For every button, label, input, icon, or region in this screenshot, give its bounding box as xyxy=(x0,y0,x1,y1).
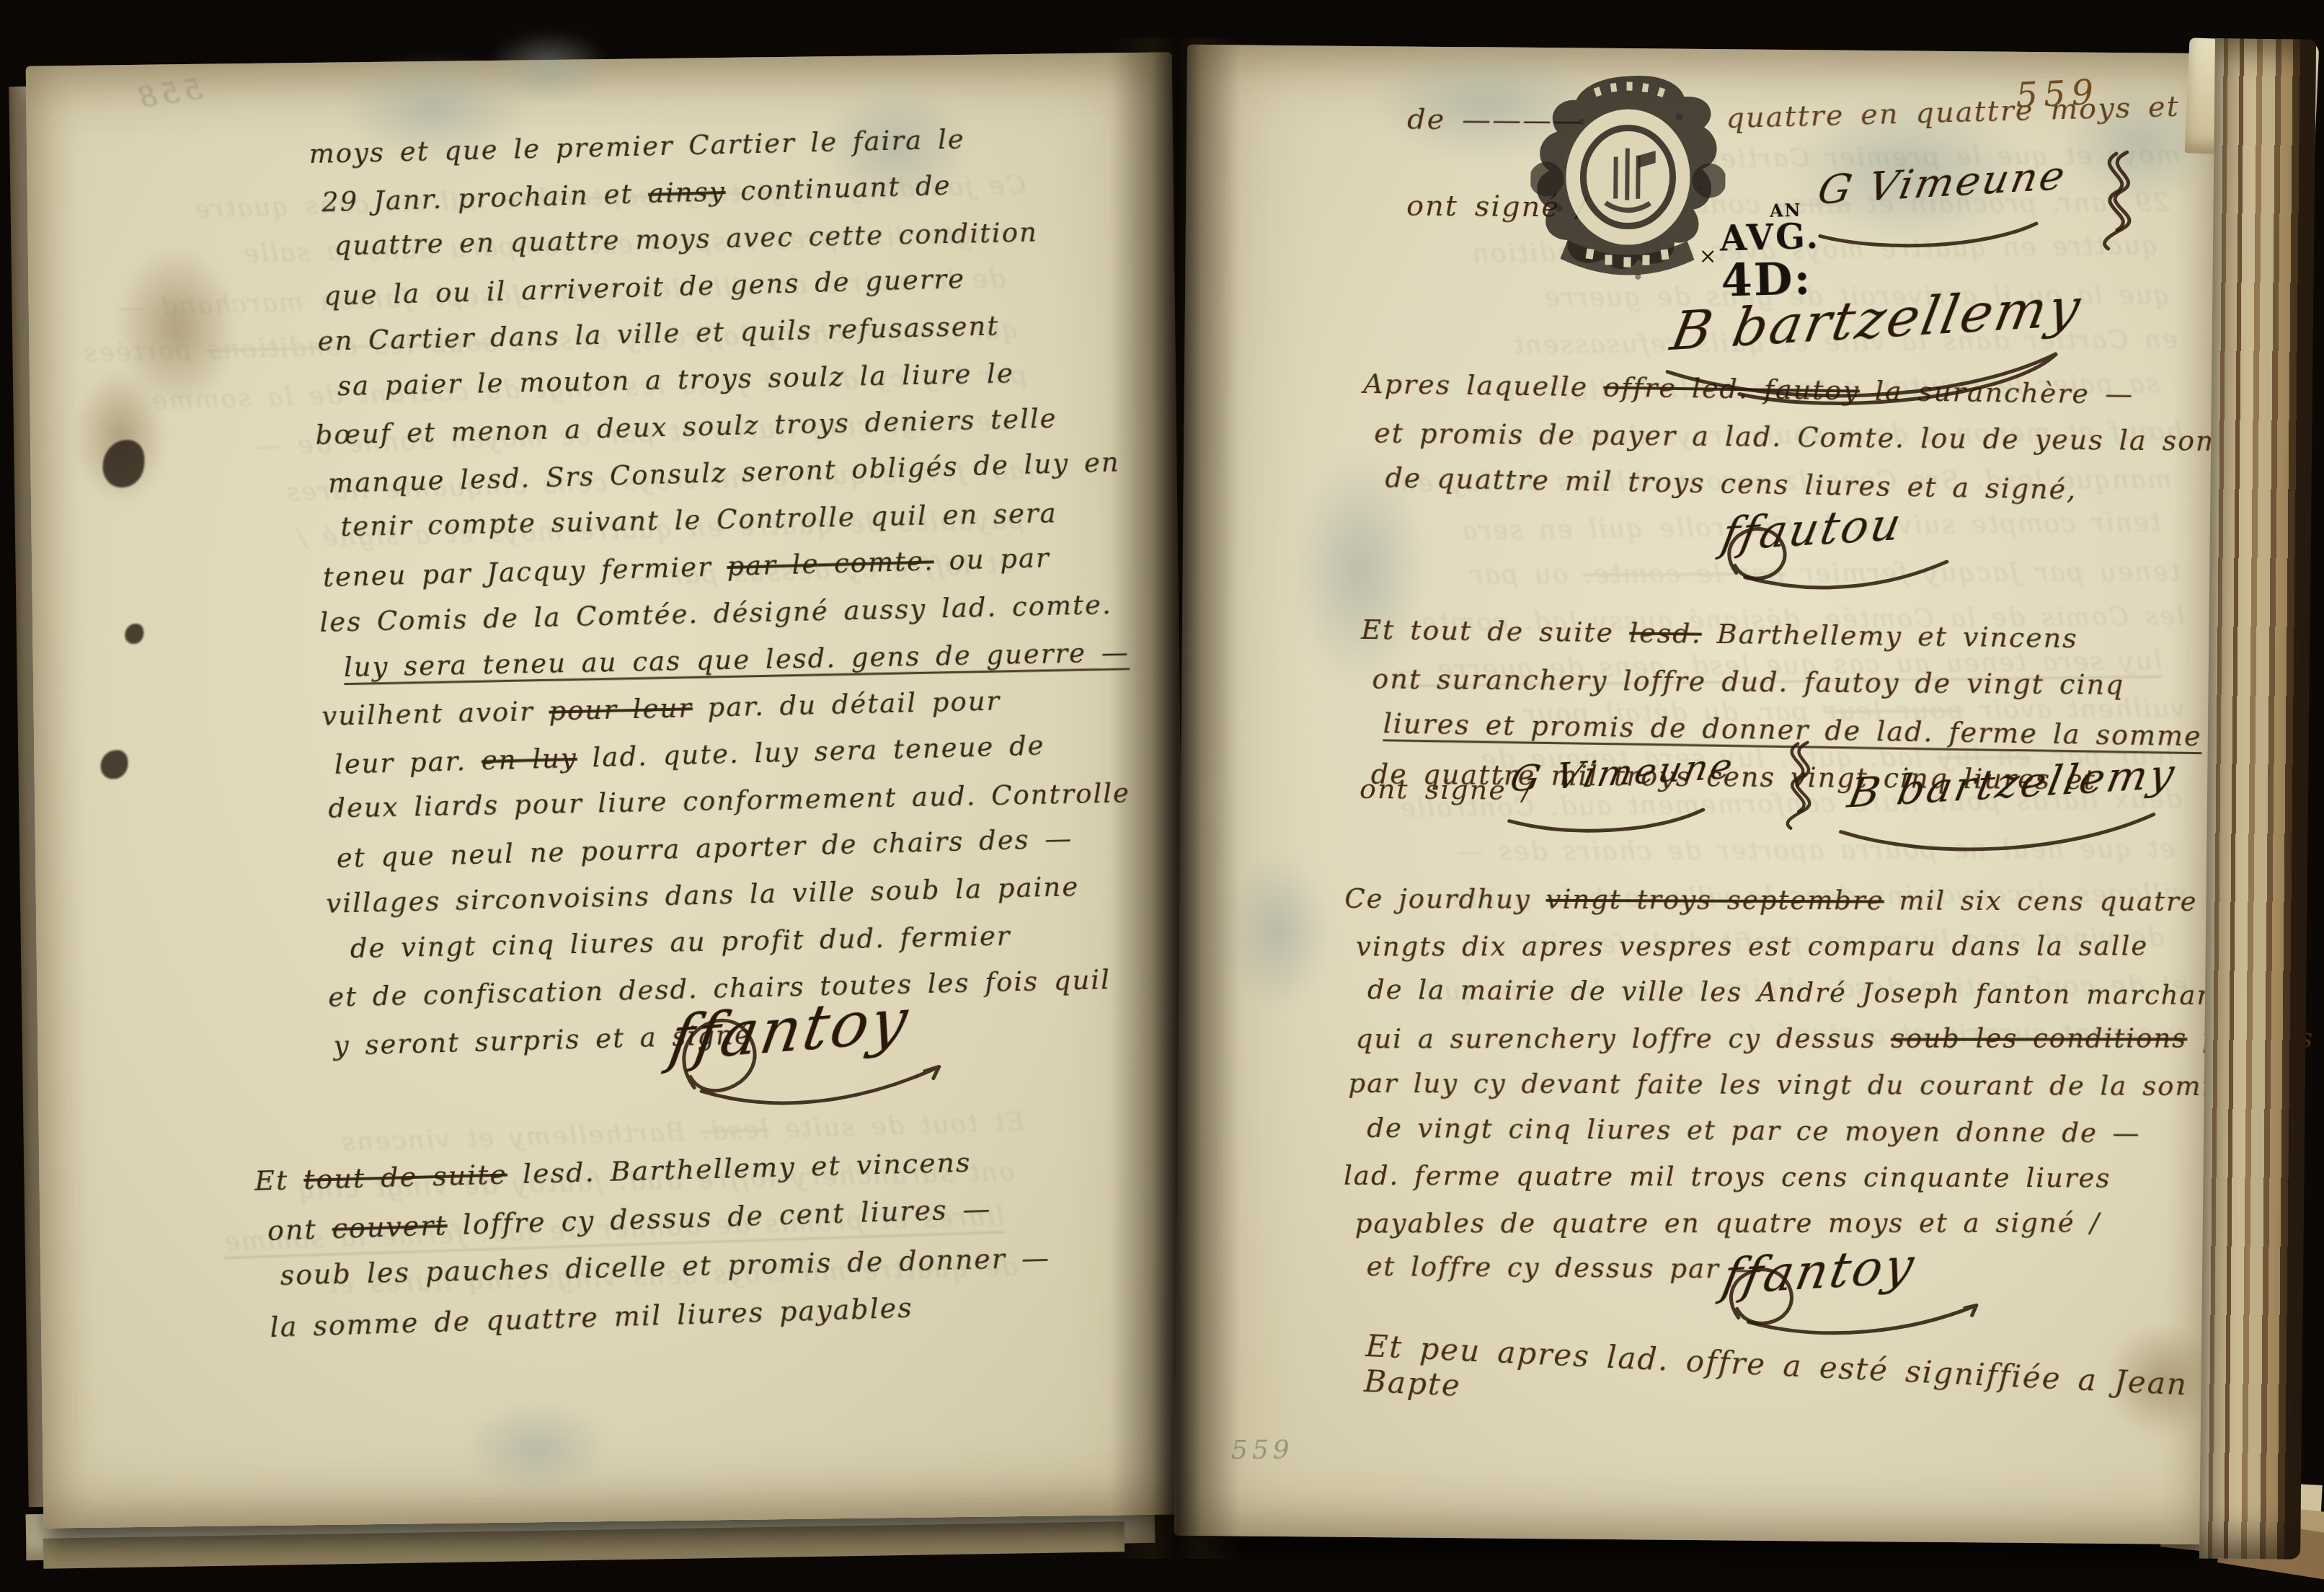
signature-fanton-a: ffautou xyxy=(1724,502,1902,556)
manuscript-photo: 558 Ce jourdhuy vingt troys septembre mi… xyxy=(0,0,2324,1592)
signature-fanton: ffantoy xyxy=(671,993,907,1068)
manuscript-line-segment: lesd. xyxy=(699,1115,769,1146)
signature-name: ffautou xyxy=(1717,497,1907,561)
manuscript-line-segment: la suranchère — xyxy=(1860,375,2134,410)
manuscript-line-segment: lad. qute. luy sera teneue de xyxy=(577,730,1045,774)
signature-name: G Vimeune xyxy=(1507,745,1738,800)
right-page: moys et que le premier Cartier le faira … xyxy=(1174,45,2224,1544)
ink-blot xyxy=(100,750,128,779)
manuscript-line-segment: 29 Janr. prochain et xyxy=(321,178,649,218)
manuscript-line-segment: en luy xyxy=(481,743,577,777)
manuscript-line-segment: vuilhent avoir xyxy=(321,696,549,732)
manuscript-line-segment: lesd. Barthellemy et vincens xyxy=(507,1146,972,1190)
ink-blot xyxy=(125,624,143,644)
manuscript-line-segment: Et tout de suite xyxy=(1361,614,1629,649)
manuscript-line-segment: pour leur xyxy=(549,692,693,727)
signature-barthellemy: B bartzellemy xyxy=(1675,287,2078,353)
manuscript-line-segment: loffre cy dessus de cent liures — xyxy=(447,1193,992,1241)
manuscript-line-segment: leur par. xyxy=(334,745,482,779)
signature-name: ffantoy xyxy=(664,985,915,1076)
opening-line-after-stamp: quattre en quattre moys et xyxy=(1726,90,2180,135)
notary-paraph-icon xyxy=(1772,735,1830,836)
manuscript-line-segment: vingt troys septembre xyxy=(1546,884,1884,916)
manuscript-line-segment: par le comte. xyxy=(1583,559,1786,589)
left-page-body-text: moys et que le premier Cartier le faira … xyxy=(309,112,1158,1068)
signature-fanton-b: ffantoy xyxy=(1724,1242,1914,1301)
manuscript-line-segment: offre led. fautoy xyxy=(1603,371,1860,407)
manuscript-line: Et tout de suite lesd. Barthellemy et vi… xyxy=(1361,606,2191,663)
manuscript-line: de vingt cinq liures et par ce moyen don… xyxy=(1367,1105,2201,1157)
left-page: 558 Ce jourdhuy vingt troys septembre mi… xyxy=(26,52,1190,1528)
folio-number-top: 559 xyxy=(2015,72,2100,116)
manuscript-line: payables de quatre en quatre moys et a s… xyxy=(1355,1200,2201,1247)
manuscript-line-segment: ont xyxy=(267,1213,332,1247)
manuscript-line-segment: ou par xyxy=(1469,560,1583,590)
water-stain xyxy=(460,1400,613,1496)
page-stack-fore-edge xyxy=(2199,38,2316,1559)
manuscript-line-segment: Et xyxy=(254,1164,304,1197)
manuscript-line-segment: par le comte. xyxy=(727,545,934,582)
right-page-closing-line: Et peu apres lad. offre a esté signiffié… xyxy=(1363,1328,2194,1438)
manuscript-line-segment: lesd. xyxy=(1629,616,1702,649)
stamp-cross-mark: × xyxy=(1698,244,1716,269)
signed-label: ont signé / xyxy=(1360,773,1533,806)
signature-name: G Vimeune xyxy=(1814,152,2071,213)
manuscript-line-segment: portées xyxy=(82,335,207,368)
manuscript-line-segment: teneu par Jacquy fermier xyxy=(323,551,728,593)
fiscal-stamp-icon xyxy=(1530,69,1726,291)
manuscript-line: et que neul ne pourra aporter de chairs … xyxy=(1285,826,2175,876)
signature-vimeune: G Vimeune xyxy=(1820,158,2064,207)
manuscript-line: lad. ferme quatre mil troys cens cinquan… xyxy=(1344,1153,2201,1202)
manuscript-line: qui a surenchery loffre cy dessus soub l… xyxy=(1356,1015,2202,1062)
signature-name: ffantoy xyxy=(1718,1238,1920,1306)
manuscript-line: vingts dix apres vespres est comparu dan… xyxy=(1356,923,2202,970)
signature-name: B bartzellemy xyxy=(1844,748,2181,817)
left-page-closing-text: Et tout de suite lesd. Barthellemy et vi… xyxy=(254,1133,1153,1350)
manuscript-line-segment: par. du détail pour xyxy=(692,685,1001,723)
manuscript-line: par luy cy devant faite les vingt du cou… xyxy=(1348,1061,2201,1110)
signature-name: B bartzellemy xyxy=(1666,276,2087,363)
manuscript-line-segment: mil six cens quatre xyxy=(1884,885,2198,917)
manuscript-line-segment: continuant de xyxy=(725,170,952,207)
manuscript-line-segment: Apres laquelle xyxy=(1363,368,1604,403)
signature-barthellemy-b: B bartzellemy xyxy=(1851,757,2173,809)
ghost-folio-number: 558 xyxy=(132,73,204,116)
notary-paraph-icon xyxy=(2087,146,2152,255)
manuscript-line-segment: tout de suite xyxy=(303,1159,508,1195)
manuscript-line: Ce jourdhuy vingt troys septembre mil si… xyxy=(1344,876,2202,925)
right-page-offer-paragraph: Apres laquelle offre led. fautoy la sura… xyxy=(1362,360,2193,514)
manuscript-line-segment: qui a surenchery loffre cy dessus xyxy=(1356,1023,1891,1055)
manuscript-line-segment: teneu par Jacquy fermier xyxy=(1785,557,2180,588)
manuscript-line-segment: Ce jourdhuy xyxy=(1344,883,1545,915)
manuscript-line-segment: couvert xyxy=(332,1209,448,1244)
manuscript-line-segment: soub les conditions xyxy=(1891,1022,2187,1053)
manuscript-line-segment: ainsy xyxy=(647,176,726,209)
folio-number-pencil: 559 xyxy=(1231,1435,1294,1465)
manuscript-line: de la mairie de ville les André Joseph f… xyxy=(1367,967,2202,1019)
signature-vimeune-b: G Vimeune xyxy=(1512,751,1733,795)
manuscript-line-segment: ou par xyxy=(933,542,1050,576)
water-stain xyxy=(487,30,610,104)
right-page-session-paragraph: Ce jourdhuy vingt troys septembre mil si… xyxy=(1343,876,2202,1294)
manuscript-line-segment: Barthellemy et vincens xyxy=(1701,618,2078,654)
